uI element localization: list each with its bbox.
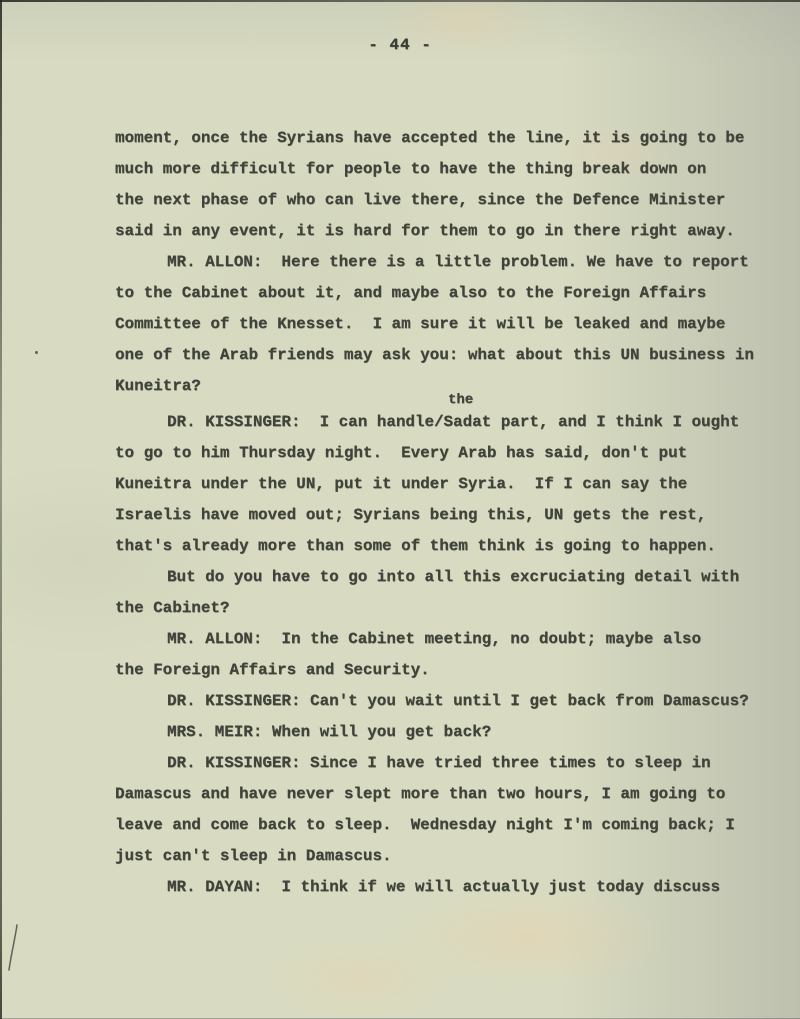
text-line-speaker-kissinger: DR. KISSINGER: Can't you wait until I ge… <box>115 686 775 717</box>
text-line: moment, once the Syrians have accepted t… <box>115 123 775 154</box>
text-line: But do you have to go into all this excr… <box>115 562 775 593</box>
text-line-speaker-kissinger: DR. KISSINGER: I can handle/Sadat part, … <box>115 407 775 438</box>
transcript-text: moment, once the Syrians have accepted t… <box>115 123 775 903</box>
scanned-page: - 44 - moment, once the Syrians have acc… <box>0 0 800 1019</box>
text-line: the Cabinet? <box>115 593 775 624</box>
text-line-speaker-allon: MR. ALLON: Here there is a little proble… <box>115 247 775 278</box>
text-line: to the Cabinet about it, and maybe also … <box>115 278 775 309</box>
text-line: Committee of the Knesset. I am sure it w… <box>115 309 775 340</box>
text-line: much more difficult for people to have t… <box>115 154 775 185</box>
text-line: the Foreign Affairs and Security. <box>115 655 775 686</box>
text-line-speaker-meir: MRS. MEIR: When will you get back? <box>115 717 775 748</box>
text-line: the next phase of who can live there, si… <box>115 185 775 216</box>
text-line: said in any event, it is hard for them t… <box>115 216 775 247</box>
pen-mark <box>0 915 30 985</box>
inserted-word: the <box>448 392 473 408</box>
text-line: leave and come back to sleep. Wednesday … <box>115 810 775 841</box>
scan-edge-left <box>0 0 2 1019</box>
scan-edge-top <box>0 0 800 2</box>
text-line: to go to him Thursday night. Every Arab … <box>115 438 775 469</box>
text-line-speaker-kissinger: DR. KISSINGER: Since I have tried three … <box>115 748 775 779</box>
text-line-speaker-allon: MR. ALLON: In the Cabinet meeting, no do… <box>115 624 775 655</box>
text-line: Damascus and have never slept more than … <box>115 779 775 810</box>
text-line: one of the Arab friends may ask you: wha… <box>115 340 775 371</box>
text-line: that's already more than some of them th… <box>115 531 775 562</box>
page-number: - 44 - <box>0 36 800 54</box>
text-line: Israelis have moved out; Syrians being t… <box>115 500 775 531</box>
ink-dot <box>35 351 38 354</box>
text-line: Kuneitra? <box>115 371 775 402</box>
text-line-speaker-dayan: MR. DAYAN: I think if we will actually j… <box>115 872 775 903</box>
text-line: just can't sleep in Damascus. <box>115 841 775 872</box>
text-line: Kuneitra under the UN, put it under Syri… <box>115 469 775 500</box>
